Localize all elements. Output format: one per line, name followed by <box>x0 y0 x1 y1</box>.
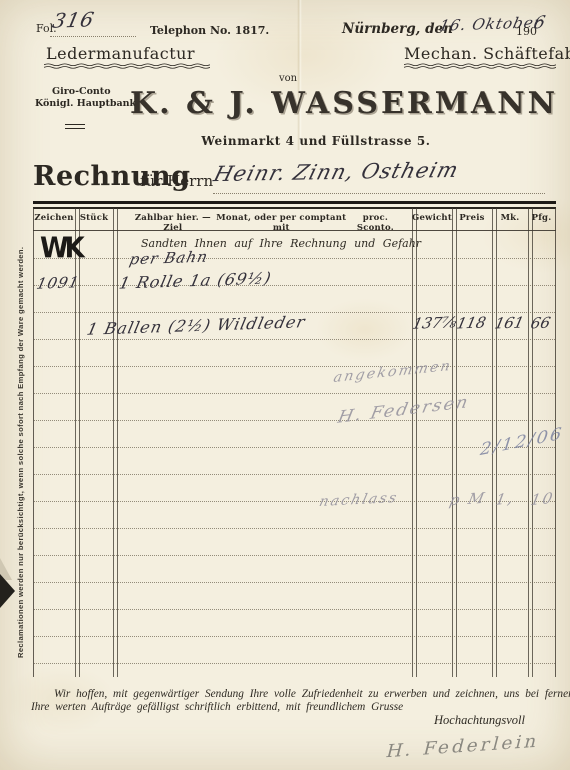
row-line <box>34 474 555 475</box>
branch-right: Mechan. Schäftefabrik <box>404 44 570 63</box>
year-digit-handwritten: 6 <box>532 12 548 34</box>
row2-pfennig-value: 66 <box>529 314 552 333</box>
invoice-document: Fol. 316 Telephon No. 1817. Nürnberg, de… <box>0 0 570 770</box>
wavy-underline-left <box>44 63 210 70</box>
customer-name: Heinr. Zinn, Ostheim <box>211 158 461 186</box>
giro-conto-line1: Giro-Conto <box>52 86 111 97</box>
signature-handwritten: H. Federlein <box>384 731 542 762</box>
row-line <box>34 528 555 529</box>
row-line <box>34 393 555 394</box>
wavy-underline-right <box>404 63 556 70</box>
row-line <box>34 285 555 286</box>
place-date-printed: Nürnberg, den <box>342 21 453 37</box>
telephone-number: Telephon No. 1817. <box>150 24 269 37</box>
column-divider <box>412 208 417 677</box>
owner-mark: WK <box>40 233 81 265</box>
table-left-edge <box>33 208 34 677</box>
column-header-monat: Monat, oder per comptant mit <box>216 213 347 233</box>
row-line <box>34 258 555 259</box>
branch-left: Ledermanufactur <box>46 44 195 63</box>
row2-mark-value: 161 <box>493 314 526 333</box>
reclamation-notice: Reclamationen werden nur berücksichtigt,… <box>16 218 25 658</box>
von-label: von <box>279 73 297 84</box>
column-header-payment: Zahlbar hier. — Ziel Monat, oder per com… <box>113 213 412 233</box>
row1-description: 1 Rolle 1a (69½) <box>117 268 273 292</box>
row-line <box>34 609 555 610</box>
row-line <box>34 663 555 664</box>
column-divider <box>452 208 457 677</box>
paper-crease <box>297 0 302 150</box>
table-top-rule-thin <box>33 207 556 209</box>
row-line <box>34 582 555 583</box>
column-header-mk: Mk. <box>492 213 528 223</box>
column-header-zeichen: Zeichen <box>33 213 75 223</box>
row-line <box>34 555 555 556</box>
closing-line-1: Wir hoffen, mit gegenwärtiger Sendung Ih… <box>54 688 570 700</box>
row-line <box>34 420 555 421</box>
pencil-rebate-amount-prefix: p M <box>448 489 488 509</box>
row-line <box>34 339 555 340</box>
column-header-zahlbar: Zahlbar hier. — Ziel <box>113 213 216 233</box>
pencil-rebate-note: nachlass <box>318 490 400 510</box>
row-line <box>34 636 555 637</box>
folio-dotted-line <box>50 36 136 37</box>
column-header-preis: Preis <box>452 213 492 223</box>
row2-price-value: 118 <box>455 314 488 333</box>
pencil-receipt-note: angekommen <box>332 358 453 386</box>
row2-weight-value: 137⅞ <box>411 313 458 332</box>
pencil-rebate-pfg: 10 <box>529 489 556 509</box>
company-address: Weinmarkt 4 und Füllstrasse 5. <box>130 134 502 148</box>
company-name: K. & J. WASSERMANN <box>130 86 502 121</box>
salutation: Hochachtungsvoll <box>434 713 525 728</box>
shipping-method-note: per Bahn <box>128 248 210 269</box>
closing-line-2: Ihre werten Aufträge gefälligst schriftl… <box>31 701 403 713</box>
giro-dash <box>65 124 85 129</box>
column-header-stueck: Stück <box>75 213 113 223</box>
row-line <box>34 447 555 448</box>
column-header-gewicht: Gewicht <box>412 213 452 223</box>
row1-zeichen-value: 1091 <box>35 273 81 292</box>
table-top-rule <box>33 201 556 204</box>
pencil-rebate-mk: 1, <box>494 489 516 509</box>
customer-dotted-line <box>213 193 545 194</box>
column-header-pfg: Pfg. <box>528 213 555 223</box>
invoice-for-label: für Herrn <box>140 172 213 190</box>
giro-conto-line2: Königl. Hauptbank. <box>35 98 139 109</box>
folio-number: 316 <box>50 7 97 32</box>
column-divider <box>113 208 118 677</box>
column-header-sconto: proc. Sconto. <box>347 213 412 233</box>
row2-description: 1 Ballen (2½) Wildleder <box>85 312 307 339</box>
row-line <box>34 366 555 367</box>
